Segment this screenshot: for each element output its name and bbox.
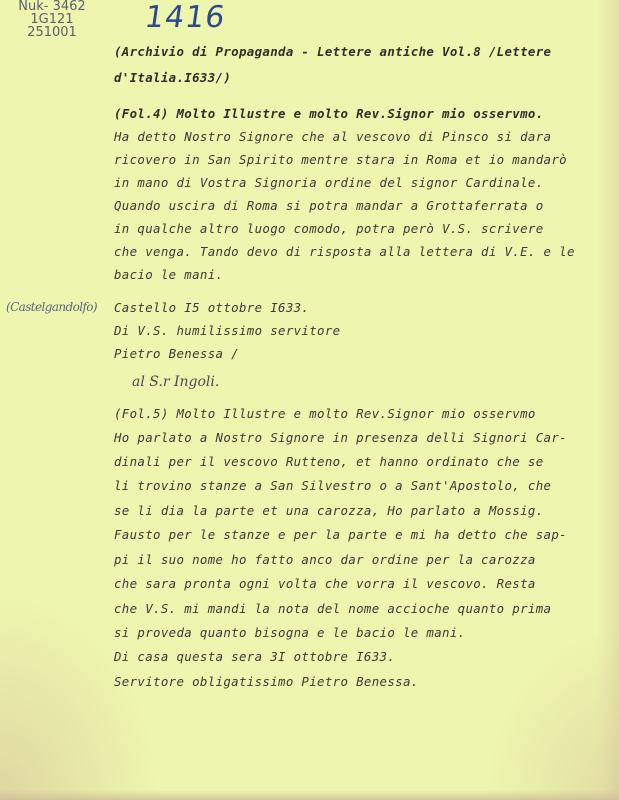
archive-codes: Nuk- 3462 1G121 251001 [12, 0, 92, 39]
letter1-date-line: Castello I5 ottobre I633. [114, 300, 309, 315]
letter2-line: (Fol.5) Molto Illustre e molto Rev.Signo… [114, 406, 536, 421]
letter2-line: se li dia la parte et una carozza, Ho pa… [114, 503, 544, 518]
letter2-line: li trovino stanze a San Silvestro o a Sa… [114, 478, 551, 493]
handwritten-addressee: al S.r Ingoli. [132, 374, 219, 390]
letter1-line: bacio le mani. [114, 267, 223, 282]
header-line-2: d'Italia.I633/) [114, 70, 231, 85]
letter1-line: Ha detto Nostro Signore che al vescovo d… [114, 129, 551, 144]
letter2-line: si proveda quanto bisogna e le bacio le … [114, 625, 465, 640]
letter1-line: Quando uscira di Roma si potra mandar a … [114, 198, 544, 213]
letter1-line: in mano di Vostra Signoria ordine del si… [114, 175, 544, 190]
letter2-line: pi il suo nome ho fatto anco dar ordine … [114, 552, 536, 567]
letter2-line: Ho parlato a Nostro Signore in presenza … [114, 430, 567, 445]
letter2-date-line: Di casa questa sera 3I ottobre I633. [114, 649, 395, 664]
letter1-line: che venga. Tando devo di risposta alla l… [114, 244, 575, 259]
letter2-line: Fausto per le stanze e per la parte e mi… [114, 527, 567, 542]
letter2-line: che V.S. mi mandi la nota del nome accio… [114, 601, 551, 616]
letter2-line: dinali per il vescovo Rutteno, et hanno … [114, 454, 544, 469]
letter2-signature-line: Servitore obligatissimo Pietro Benessa. [114, 674, 419, 689]
letter1-signature-line: Pietro Benessa / [114, 346, 239, 361]
margin-note-handwritten: (Castelgandolfo) [6, 300, 97, 314]
archive-code-3: 251001 [12, 26, 92, 39]
letter1-line: ricovero in San Spirito mentre stara in … [114, 152, 567, 167]
document-page: Nuk- 3462 1G121 251001 1416 (Archivio di… [0, 0, 619, 800]
header-line-1: (Archivio di Propaganda - Lettere antich… [114, 44, 551, 59]
letter1-line: (Fol.4) Molto Illustre e molto Rev.Signo… [114, 106, 544, 121]
letter1-closing-line: Di V.S. humilissimo servitore [114, 323, 340, 338]
page-number: 1416 [143, 0, 228, 35]
letter2-line: che sara pronta ogni volta che vorra il … [114, 576, 536, 591]
letter1-line: in qualche altro luogo comodo, potra per… [114, 221, 544, 236]
